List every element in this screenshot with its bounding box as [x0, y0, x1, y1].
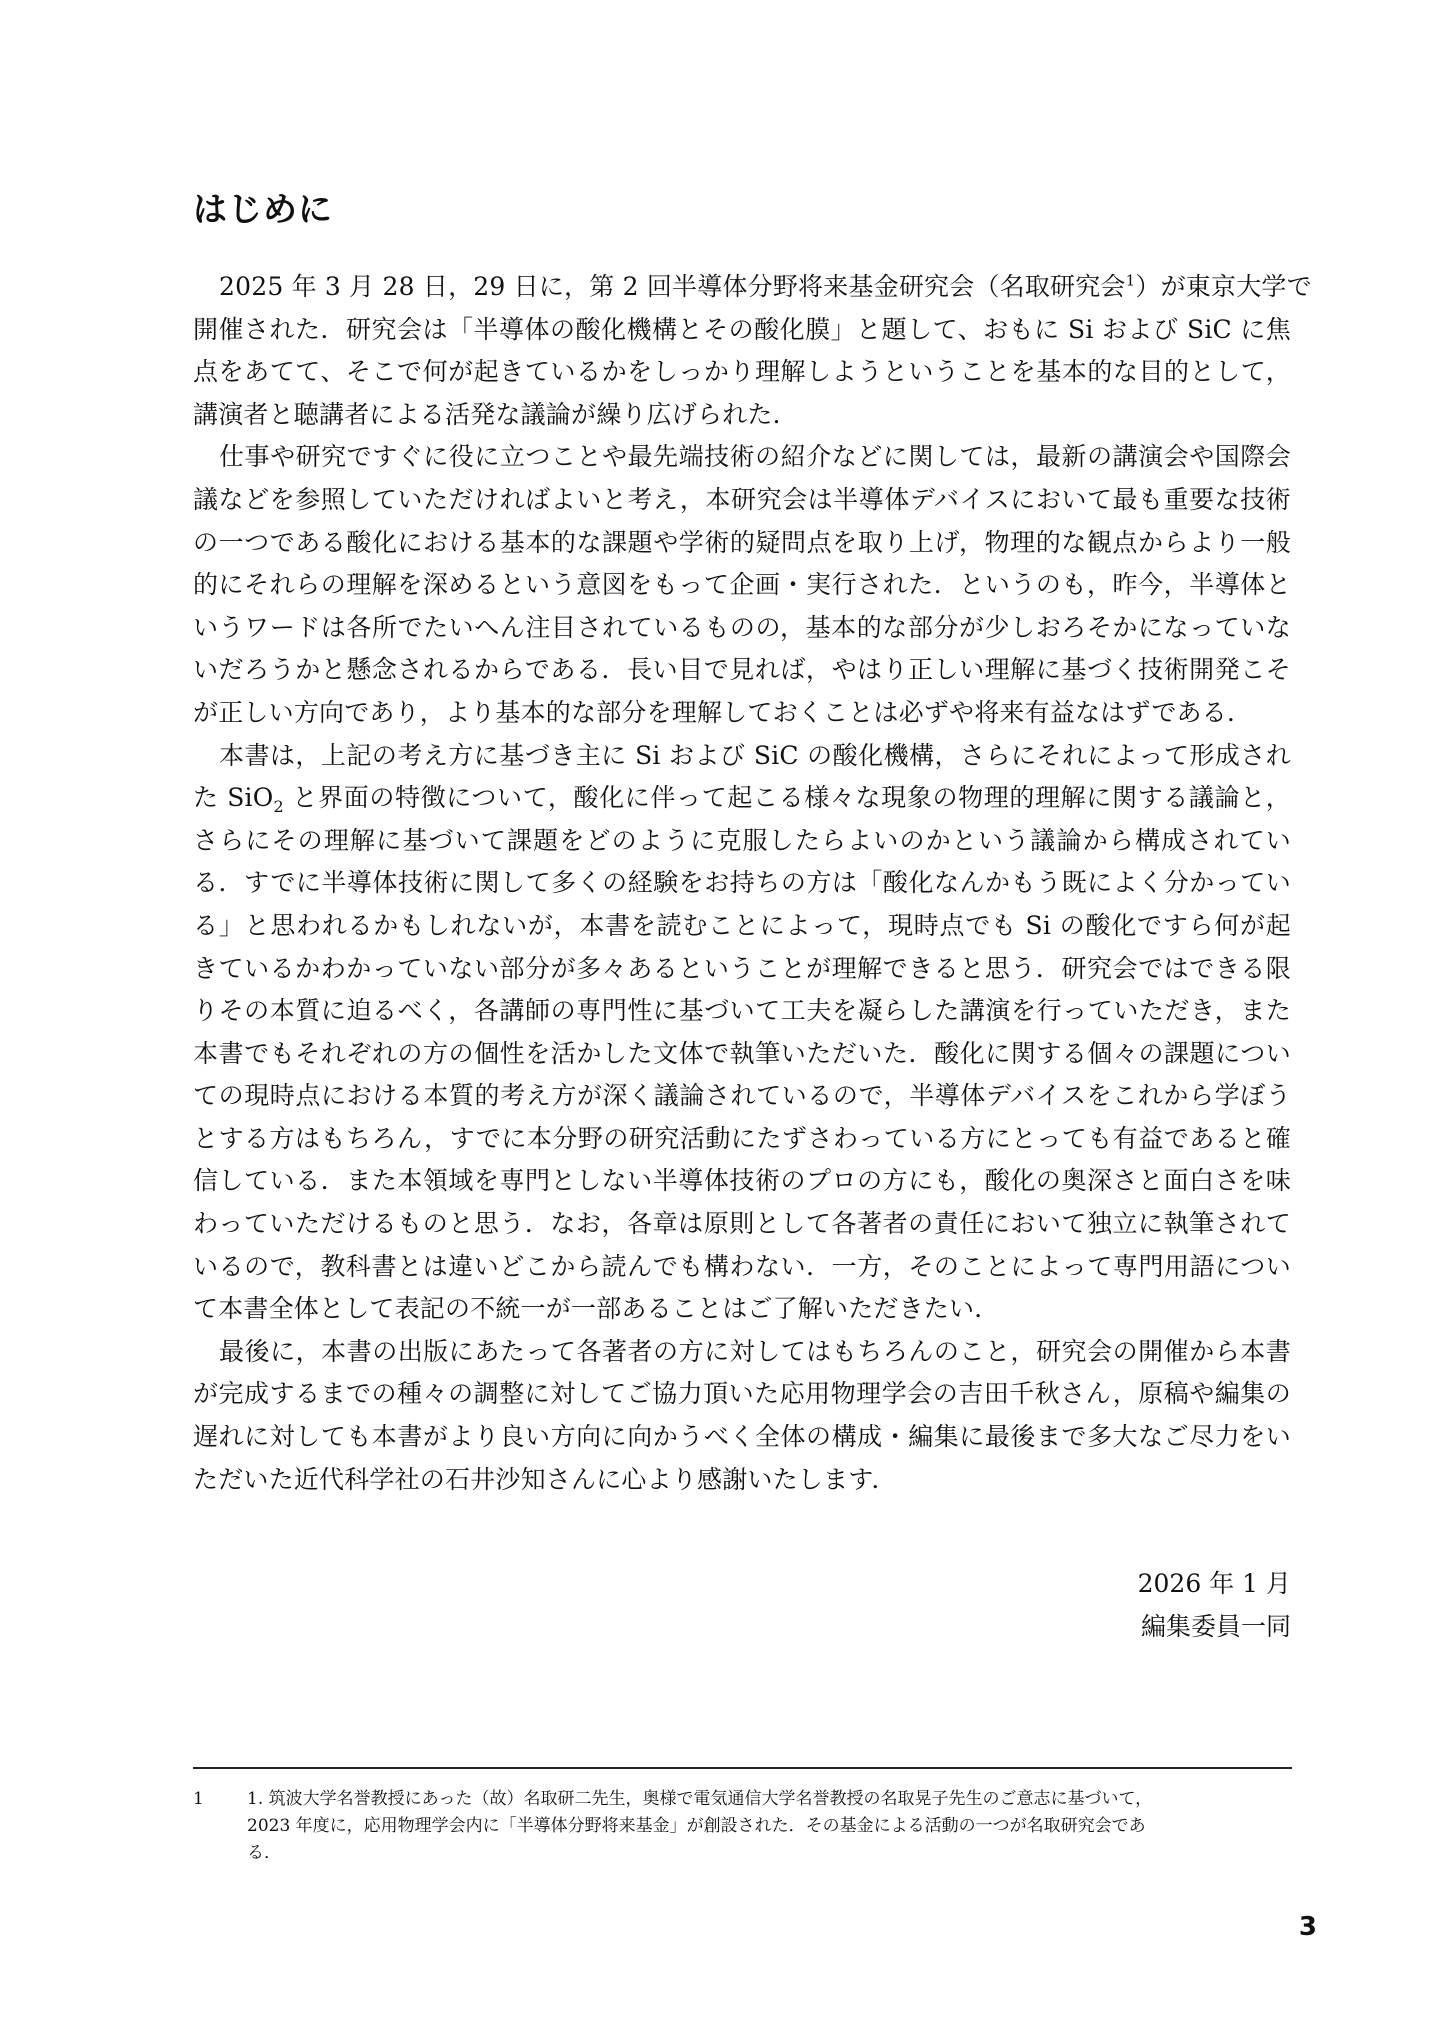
text-line: 2025 年 3 月 28 日，29 日に，第 2 回半導体分野将来基金研究会（… [193, 266, 1291, 309]
footnote-line: 1. 筑波大学名誉教授にあった（故）名取研二先生，奥様で電気通信大学名誉教授の名… [247, 1786, 1292, 1813]
text-line: る．すでに半導体技術に関して多くの経験をお持ちの方は「酸化なんかもう既によく分か… [193, 862, 1291, 905]
text-line: ただいた近代科学社の石井沙知さんに心より感謝いたします． [193, 1459, 1291, 1502]
text-line: が完成するまでの種々の調整に対してご協力頂いた応用物理学会の吉田千秋さん，原稿や… [193, 1373, 1291, 1416]
text-line: りその本質に迫るべく，各講師の専門性に基づいて工夫を凝らした講演を行っていただき… [193, 990, 1291, 1033]
text-line: 最後に，本書の出版にあたって各著者の方に対してはもちろんのこと，研究会の開催から… [193, 1331, 1291, 1374]
text-line: いだろうかと懸念されるからである．長い目で見れば，やはり正しい理解に基づく技術開… [193, 649, 1291, 692]
footnote-line: 2023 年度に，応用物理学会内に「半導体分野将来基金」が創設された．その基金に… [247, 1813, 1292, 1840]
text-line: 講演者と聴講者による活発な議論が繰り広げられた． [193, 394, 1291, 437]
text-line: が正しい方向であり，より基本的な部分を理解しておくことは必ずや将来有益なはずであ… [193, 692, 1291, 735]
text-line: 本書は，上記の考え方に基づき主に Si および SiC の酸化機構，さらにそれに… [193, 735, 1291, 778]
page-number: 3 [1299, 1912, 1317, 1942]
text-segment: ）が東京大学で [1135, 272, 1311, 301]
text-line: 仕事や研究ですぐに役に立つことや最先端技術の紹介などに関しては，最新の講演会や国… [193, 436, 1291, 479]
text-line: いうワードは各所でたいへん注目されているものの，基本的な部分が少しおろそかになっ… [193, 607, 1291, 650]
text-line: とする方はもちろん，すでに本分野の研究活動にたずさわっている方にとっても有益であ… [193, 1118, 1291, 1161]
text-line: わっていただけるものと思う．なお，各章は原則として各著者の責任において独立に執筆… [193, 1203, 1291, 1246]
text-line: 遅れに対しても本書がより良い方向に向かうべく全体の構成・編集に最後まで多大なご尽… [193, 1416, 1291, 1459]
text-line: 本書でもそれぞれの方の個性を活かした文体で執筆いただいた．酸化に関する個々の課題… [193, 1033, 1291, 1076]
text-line: 開催された．研究会は「半導体の酸化機構とその酸化膜」と題して、おもに Si およ… [193, 309, 1291, 352]
footnote-ref[interactable]: 1 [1126, 272, 1136, 290]
signature-author: 編集委員一同 [1138, 1605, 1291, 1648]
text-line: 信している．また本領域を専門としない半導体技術のプロの方にも，酸化の奥深さと面白… [193, 1160, 1291, 1203]
text-line: の一つである酸化における基本的な課題や学術的疑問点を取り上げ，物理的な観点からよ… [193, 522, 1291, 565]
paragraph-1: 2025 年 3 月 28 日，29 日に，第 2 回半導体分野将来基金研究会（… [193, 266, 1291, 436]
footnote: 1 1. 筑波大学名誉教授にあった（故）名取研二先生，奥様で電気通信大学名誉教授… [193, 1786, 1292, 1867]
text-line: た SiO2 と界面の特徴について，酸化に伴って起こる様々な現象の物理的理解に関… [193, 777, 1291, 820]
text-segment: 2025 年 3 月 28 日，29 日に，第 2 回半導体分野将来基金研究会（… [219, 272, 1126, 301]
signature-block: 2026 年 1 月 編集委員一同 [1138, 1562, 1291, 1648]
text-line: さらにその理解に基づいて課題をどのように克服したらよいのかという議論から構成され… [193, 820, 1291, 863]
footnote-divider [193, 1767, 1292, 1769]
text-line: る」と思われるかもしれないが，本書を読むことによって，現時点でも Si の酸化で… [193, 905, 1291, 948]
text-line: きているかわかっていない部分が多々あるということが理解できると思う．研究会ではで… [193, 948, 1291, 991]
page-heading: はじめに [193, 182, 333, 231]
paragraph-2: 仕事や研究ですぐに役に立つことや最先端技術の紹介などに関しては，最新の講演会や国… [193, 436, 1291, 734]
footnote-body: 1. 筑波大学名誉教授にあった（故）名取研二先生，奥様で電気通信大学名誉教授の名… [247, 1786, 1292, 1867]
footnote-marker: 1 [193, 1786, 223, 1813]
text-line: 的にそれらの理解を深めるという意図をもって企画・実行された．というのも，昨今，半… [193, 564, 1291, 607]
text-line: 議などを参照していただければよいと考え，本研究会は半導体デバイスにおいて最も重要… [193, 479, 1291, 522]
text-line: 点をあてて、そこで何が起きているかをしっかり理解しようということを基本的な目的と… [193, 351, 1291, 394]
footnote-line: る． [247, 1840, 1292, 1867]
body-text: 2025 年 3 月 28 日，29 日に，第 2 回半導体分野将来基金研究会（… [193, 266, 1291, 1501]
paragraph-4: 最後に，本書の出版にあたって各著者の方に対してはもちろんのこと，研究会の開催から… [193, 1331, 1291, 1501]
paragraph-3: 本書は，上記の考え方に基づき主に Si および SiC の酸化機構，さらにそれに… [193, 735, 1291, 1331]
signature-date: 2026 年 1 月 [1138, 1562, 1291, 1605]
text-segment: と界面の特徴について，酸化に伴って起こる様々な現象の物理的理解に関する議論と， [284, 783, 1291, 812]
text-segment: た SiO [193, 783, 273, 812]
document-page: はじめに 2025 年 3 月 28 日，29 日に，第 2 回半導体分野将来基… [0, 0, 1433, 2024]
text-line: て本書全体として表記の不統一が一部あることはご了解いただきたい． [193, 1288, 1291, 1331]
subscript: 2 [273, 797, 283, 816]
text-line: いるので，教科書とは違いどこから読んでも構わない．一方，そのことによって専門用語… [193, 1246, 1291, 1289]
text-line: ての現時点における本質的考え方が深く議論されているので，半導体デバイスをこれから… [193, 1075, 1291, 1118]
